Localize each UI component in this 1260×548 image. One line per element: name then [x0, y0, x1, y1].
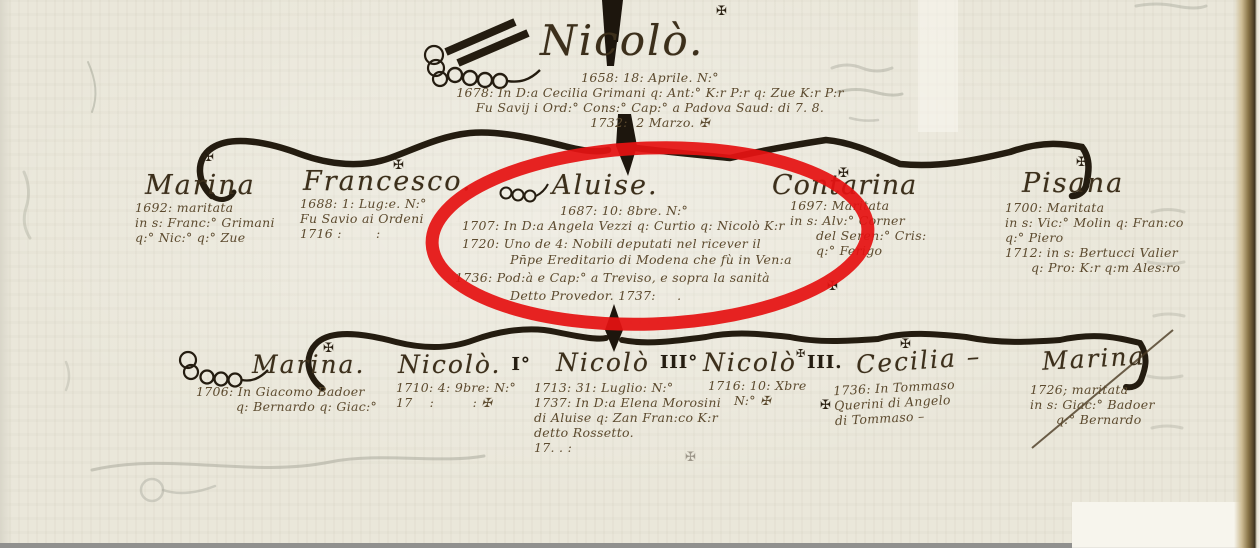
- cross-icon: ✠: [203, 150, 214, 165]
- person-name-aluise: Aluise.: [552, 170, 659, 201]
- paper-light-patch: [918, 0, 958, 132]
- person-details-nicolo-iii-b: 1716: 10: Xbre N:° ✠: [708, 378, 807, 408]
- cross-icon: ✠: [796, 347, 805, 360]
- scan-bottom-strip: [0, 543, 1072, 548]
- cross-icon: ✠: [900, 337, 911, 352]
- person-detail-line: detto Rossetto.: [534, 425, 721, 440]
- person-detail-line: Detto Provedor. 1737: .: [510, 288, 681, 303]
- person-details-marina-2: 1706: In Giacomo Badoer q: Bernardo q: G…: [196, 384, 377, 414]
- person-detail-line: 1716: 10: Xbre: [708, 378, 807, 393]
- person-detail-line: q: Pro: K:r q:m Ales:ro: [1005, 260, 1184, 275]
- person-detail-line: 1700: Maritata: [1005, 200, 1184, 215]
- paper-white-patch: [1072, 502, 1260, 548]
- person-numeral: III.: [807, 352, 843, 373]
- person-detail-line: Fu Savio ai Ordeni: [300, 211, 427, 226]
- person-details-nicolo-iii-a: 1713: 31: Luglio: N:° 1737: In D:a Elena…: [534, 380, 721, 455]
- person-detail-line: 1658: 18: Aprile. N:°: [380, 70, 920, 85]
- person-detail-line: 1687: 10: 8bre. N:°: [560, 203, 688, 218]
- person-name-nicolo-root: Nicolò.: [540, 16, 704, 65]
- person-detail-line: 1710: 4: 9bre: N:°: [396, 380, 516, 395]
- person-detail-line: di Aluise q: Zan Fran:co K:r: [534, 410, 721, 425]
- person-detail-line: 1726; maritata: [1030, 382, 1155, 397]
- gen2-center-finial: [605, 304, 623, 352]
- person-detail-line: N:° ✠: [708, 393, 807, 408]
- person-detail-line: in s: Franc:° Grimani: [135, 215, 275, 230]
- person-detail-line: del Seren:° Cris:: [790, 228, 926, 243]
- person-name-marina-1: Marina: [145, 170, 256, 201]
- person-detail-line: in s: Vic:° Molin q: Fran:co: [1005, 215, 1184, 230]
- person-name-text: Nicolò.: [398, 350, 501, 379]
- person-name-pisana: Pisana: [1022, 168, 1124, 199]
- person-detail-line: Pn̄pe Ereditario di Modena che fù in Ven…: [510, 252, 792, 267]
- person-details-nicolo-root: 1658: 18: Aprile. N:° 1678: In D:a Cecil…: [380, 70, 920, 130]
- person-name-marina-3: Marina: [1041, 341, 1146, 375]
- cross-icon: ✠: [685, 450, 696, 465]
- person-detail-line: q:° Nic:° q:° Zue: [135, 230, 275, 245]
- cross-icon: ✠: [393, 158, 404, 173]
- person-detail-line: in s: Alv:° Corner: [790, 213, 926, 228]
- cross-icon: ✠: [820, 398, 831, 413]
- person-detail-line: in s: Giac:° Badoer: [1030, 397, 1155, 412]
- person-detail-line: 1707: In D:a Angela Vezzi q: Curtio q: N…: [462, 218, 785, 233]
- paper-left-edge: [0, 0, 12, 548]
- person-detail-line: 1678: In D:a Cecilia Grimani q: Ant:° K:…: [380, 85, 920, 100]
- person-detail-line: 1716 : :: [300, 226, 427, 241]
- page-gutter-edge: [1234, 0, 1260, 548]
- person-numeral: I°: [511, 354, 530, 375]
- person-detail-line: q: Bernardo q: Giac:°: [196, 399, 377, 414]
- person-numeral: III°: [660, 352, 698, 373]
- person-details-marina-3: 1726; maritata in s: Giac:° Badoer q:° B…: [1030, 382, 1155, 427]
- person-details-francesco: 1688: 1: Lug:e. N:° Fu Savio ai Ordeni 1…: [300, 196, 427, 241]
- person-detail-line: 1732: 2 Marzo. ✠: [380, 115, 920, 130]
- person-detail-line: 1736: Pod:à e Cap:° a Treviso, e sopra l…: [455, 270, 770, 285]
- person-detail-line: 1713: 31: Luglio: N:°: [534, 380, 721, 395]
- person-name-francesco: Francesco.: [303, 166, 473, 197]
- cross-icon: ✠: [1076, 155, 1087, 170]
- person-detail-line: Fu Savij i Ord:° Cons:° Cap:° a Padova S…: [380, 100, 920, 115]
- person-detail-line: 1706: In Giacomo Badoer: [196, 384, 377, 399]
- person-detail-line: 1692: maritata: [135, 200, 275, 215]
- cross-icon: ✠: [323, 341, 334, 356]
- person-details-marina-1: 1692: maritata in s: Franc:° Grimani q:°…: [135, 200, 275, 245]
- person-detail-line: 17 : : ✠: [396, 395, 516, 410]
- person-detail-line: 1720: Uno de 4: Nobili deputati nel rice…: [462, 236, 761, 251]
- person-detail-line: q:° Ferigo: [790, 243, 926, 258]
- person-detail-line: 1697: Maritata: [790, 198, 926, 213]
- person-details-contarina: 1697: Maritata in s: Alv:° Corner del Se…: [790, 198, 926, 258]
- cross-icon: ✠: [716, 4, 727, 19]
- person-detail-line: 1712: in s: Bertucci Valier: [1005, 245, 1184, 260]
- person-detail-line: 1737: In D:a Elena Morosini: [534, 395, 721, 410]
- person-name-text: Nicolò: [556, 348, 650, 377]
- cross-icon: ✠: [827, 279, 838, 294]
- flourish-ornament-aluise: [501, 184, 549, 202]
- person-name-nicolo-iii-b: Nicolò III.: [703, 348, 842, 377]
- person-detail-line: q:° Piero: [1005, 230, 1184, 245]
- bleedthrough-flourish-bottom: [92, 456, 484, 501]
- cross-icon: ✠: [838, 166, 849, 181]
- manuscript-page: Nicolò. 1658: 18: Aprile. N:° 1678: In D…: [0, 0, 1260, 548]
- person-details-pisana: 1700: Maritata in s: Vic:° Molin q: Fran…: [1005, 200, 1184, 275]
- person-detail-line: q:° Bernardo: [1030, 412, 1155, 427]
- person-name-cecilia: Cecilia –: [855, 342, 982, 380]
- person-detail-line: 1688: 1: Lug:e. N:°: [300, 196, 427, 211]
- person-name-nicolo-iii-a: Nicolò III°: [556, 348, 698, 377]
- person-details-nicolo-i: 1710: 4: 9bre: N:° 17 : : ✠: [396, 380, 516, 410]
- person-name-marina-2: Marina.: [252, 350, 365, 379]
- person-name-nicolo-i: Nicolò. I°: [398, 350, 531, 379]
- person-details-cecilia: 1736: In Tommaso Querini di Angelo di To…: [833, 377, 957, 428]
- person-name-text: Nicolò: [703, 348, 797, 377]
